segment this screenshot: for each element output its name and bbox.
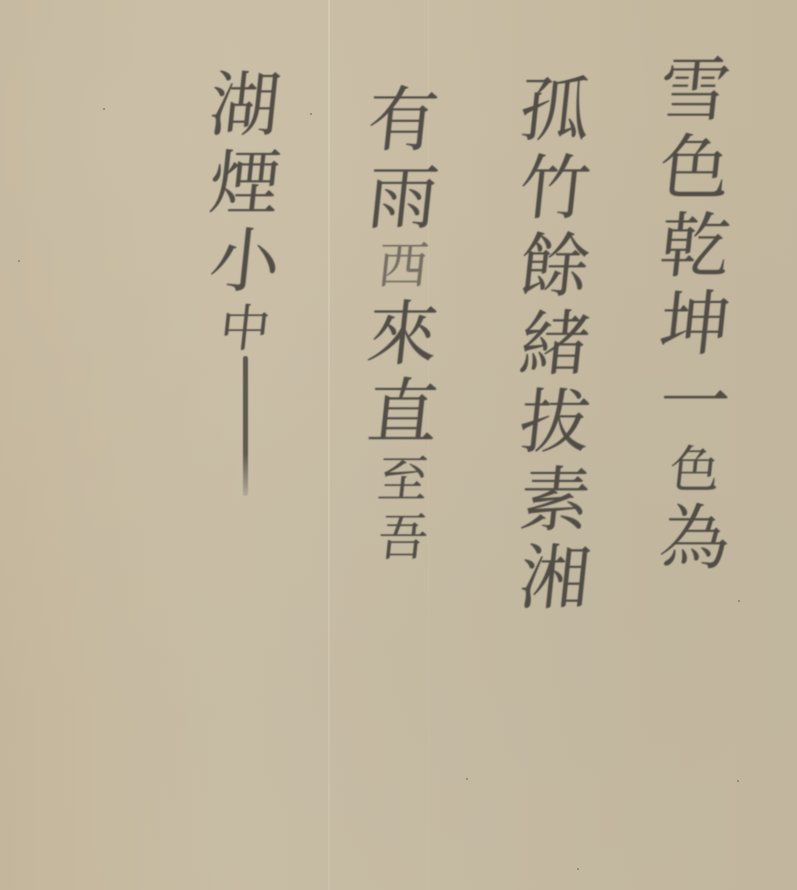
calligraphy-column-4: 湖 煙 小 中 [210, 70, 280, 496]
glyph: 中 [217, 304, 272, 354]
calligraphy-column-2: 孤 竹 餘 緒 拔 素 湘 [520, 75, 590, 621]
glyph: 乾 [656, 211, 733, 281]
paper-speck [737, 780, 739, 782]
glyph: 直 [364, 377, 441, 447]
glyph: 色 [656, 133, 733, 203]
glyph: 孤 [516, 75, 593, 145]
glyph: 竹 [516, 153, 593, 223]
brush-tail-stroke [243, 356, 248, 496]
glyph: 餘 [516, 231, 593, 301]
glyph: 雪 [656, 55, 733, 125]
glyph: 為 [656, 503, 733, 573]
glyph: 一 [656, 367, 733, 437]
paper-speck [738, 600, 740, 602]
glyph: 煙 [206, 148, 283, 218]
glyph: 色 [667, 445, 722, 495]
glyph: 雨 [364, 163, 441, 233]
glyph: 西 [375, 241, 430, 291]
glyph: 至 [375, 455, 430, 505]
calligraphy-column-1: 雪 色 乾 坤 一 色 為 [660, 55, 730, 581]
paper-speck [466, 778, 468, 780]
calligraphy-column-3: 有 雨 西 來 直 至 吾 [368, 85, 438, 571]
glyph: 拔 [516, 387, 593, 457]
glyph: 湖 [206, 70, 283, 140]
paper-seam [328, 0, 330, 890]
glyph: 坤 [656, 289, 733, 359]
glyph: 素 [516, 465, 593, 535]
glyph: 湘 [516, 543, 593, 613]
glyph: 來 [364, 299, 441, 369]
glyph: 緒 [516, 309, 593, 379]
paper-speck [18, 260, 20, 262]
glyph: 有 [364, 85, 441, 155]
glyph: 小 [206, 226, 283, 296]
paper-speck [103, 108, 105, 110]
glyph: 吾 [375, 513, 430, 563]
paper-speck [310, 113, 312, 115]
paper-speck [577, 868, 579, 870]
